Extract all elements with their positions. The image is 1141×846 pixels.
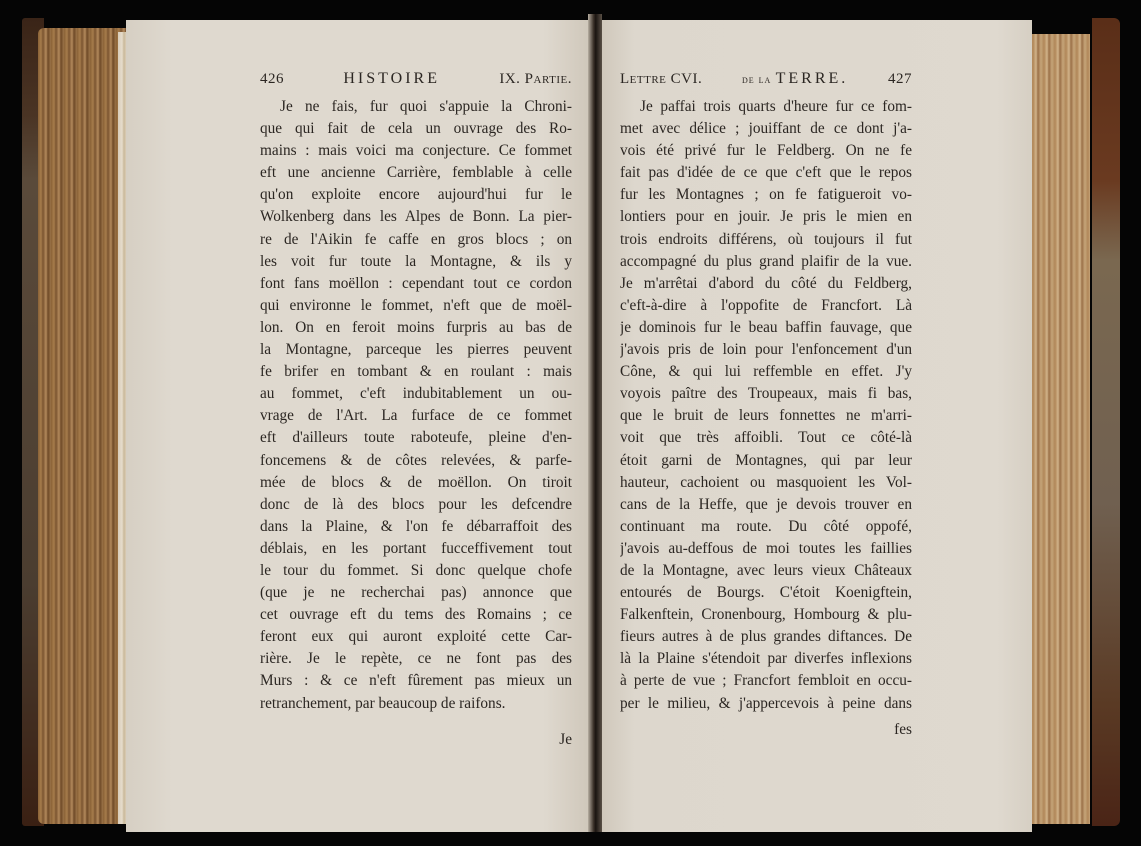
left-page-text: 426 HISTOIRE IX. Partie. Je ne fais, fur… [260,68,572,751]
catchword: Je [260,729,572,751]
text-line: rière. Je le repète, ce ne font pas des [260,648,572,670]
text-line: je dominois fur le beau baffin fauvage, … [620,317,912,339]
text-line: cet ouvrage eft du tems des Romains ; ce [260,604,572,626]
page-number: 427 [888,68,912,90]
right-page-text: Lettre CVI. de la TERRE. 427 Je paffai t… [620,68,912,741]
text-line: la Montagne, parceque les pierres peuven… [260,339,572,361]
text-line: j'avois au-deffous de moi toutes les fai… [620,538,912,560]
text-line: Je paffai trois quarts d'heure fur ce fo… [620,96,912,118]
text-line: vois été privé fur le Feldberg. On ne fe [620,140,912,162]
text-line: qu'on exploite encore aujourd'hui fur le [260,184,572,206]
text-line: mée de blocs & de moëllon. On tiroit [260,472,572,494]
text-line: fe brifer en tombant & en roulant : mais [260,361,572,383]
text-line: de la Montagne, avec leurs vieux Château… [620,560,912,582]
text-line: font fans moëllon : cependant tout ce co… [260,273,572,295]
book-cover-right [1092,18,1120,826]
text-line: retranchement, par beaucoup de raifons. [260,693,572,715]
text-line: dans la Plaine, & l'on fe débarraffoit d… [260,516,572,538]
text-line: per le milieu, & j'appercevois à peine d… [620,693,912,715]
running-part: IX. Partie. [499,68,572,90]
text-line: eft d'ailleurs toute raboteufe, pleine d… [260,427,572,449]
left-running-head: 426 HISTOIRE IX. Partie. [260,68,572,96]
page-edges-right [1030,34,1090,824]
catchword: fes [620,719,912,741]
text-line: Je m'arrêtai d'abord du côté du Feldberg… [620,273,912,295]
text-line: à perte de vue ; Francfort fembloit en o… [620,670,912,692]
text-line: re de l'Aikin fe caffe en gros blocs ; o… [260,229,572,251]
text-line: au fommet, c'eft indubitablement un ou- [260,383,572,405]
running-de: de la [742,72,771,86]
text-line: Falkenftein, Cronenbourg, Hombourg & plu… [620,604,912,626]
running-title: HISTOIRE [343,68,440,90]
text-line: qui environne le fommet, n'eft que de mo… [260,295,572,317]
text-line: (que je ne recherchai pas) annonce que [260,582,572,604]
text-line: lontiers pour en jouir. Je pris le mien … [620,206,912,228]
text-line: met avec délice ; jouiffant de ce dont j… [620,118,912,140]
text-line: vrage de l'Art. La furface de ce fommet [260,405,572,427]
text-line: mains : mais voici ma conjecture. Ce fom… [260,140,572,162]
book-gutter [588,14,602,832]
text-line: le tour du fommet. Si donc quelque chofe [260,560,572,582]
text-line: foncemens & de côtes relevées, & parfe- [260,450,572,472]
text-line: voit que très affoibli. Tout ce côté-là [620,427,912,449]
right-running-head: Lettre CVI. de la TERRE. 427 [620,68,912,96]
text-line: donc de là des blocs pour les defcendre [260,494,572,516]
text-line: étoit garni de Montagnes, qui par leur [620,450,912,472]
text-line: fur les Montagnes ; on fe fatigueroit vo… [620,184,912,206]
text-line: Murs : & ce n'eft fûrement pas mieux un [260,670,572,692]
text-line: j'avois pris de loin pour l'enfoncement … [620,339,912,361]
running-letter: Lettre CVI. [620,68,702,90]
text-line: hauteur, cachoient ou masquoient les Vol… [620,472,912,494]
text-line: Je ne fais, fur quoi s'appuie la Chroni- [260,96,572,118]
text-line: trois endroits différens, où toujours il… [620,229,912,251]
text-line: eft une ancienne Carrière, femblable à c… [260,162,572,184]
text-line: feront eux qui auront exploité cette Car… [260,626,572,648]
text-line: Cône, & qui lui reffemble en effet. J'y [620,361,912,383]
text-line: cans de la Heffe, que je devois trouver … [620,494,912,516]
text-line: accompagné du plus grand plaifir de la v… [620,251,912,273]
text-line: là la Plaine s'étendoit par diverfes inf… [620,648,912,670]
text-line: voyois paître des Troupeaux, mais fi bas… [620,383,912,405]
text-line: fieurs autres à de plus grandes diftance… [620,626,912,648]
text-line: fait pas d'idée de ce que c'eft que le r… [620,162,912,184]
text-line: lon. On en feroit moins furpris au bas d… [260,317,572,339]
text-line: entourés de Bourgs. C'étoit Koenigftein, [620,582,912,604]
text-line: Wolkenberg dans les Alpes de Bonn. La pi… [260,206,572,228]
text-line: les voit fur toute la Montagne, & ils y [260,251,572,273]
text-line: c'eft-à-dire à l'oppofite de Francfort. … [620,295,912,317]
text-line: continuant ma route. Du côté oppofé, [620,516,912,538]
text-line: que qui fait de cela un ouvrage des Ro- [260,118,572,140]
text-line: déblais, en les portant fucceffivement t… [260,538,572,560]
page-number: 426 [260,68,284,90]
text-line: que le bruit de leurs fonnettes ne m'arr… [620,405,912,427]
running-title: TERRE. [776,70,849,87]
